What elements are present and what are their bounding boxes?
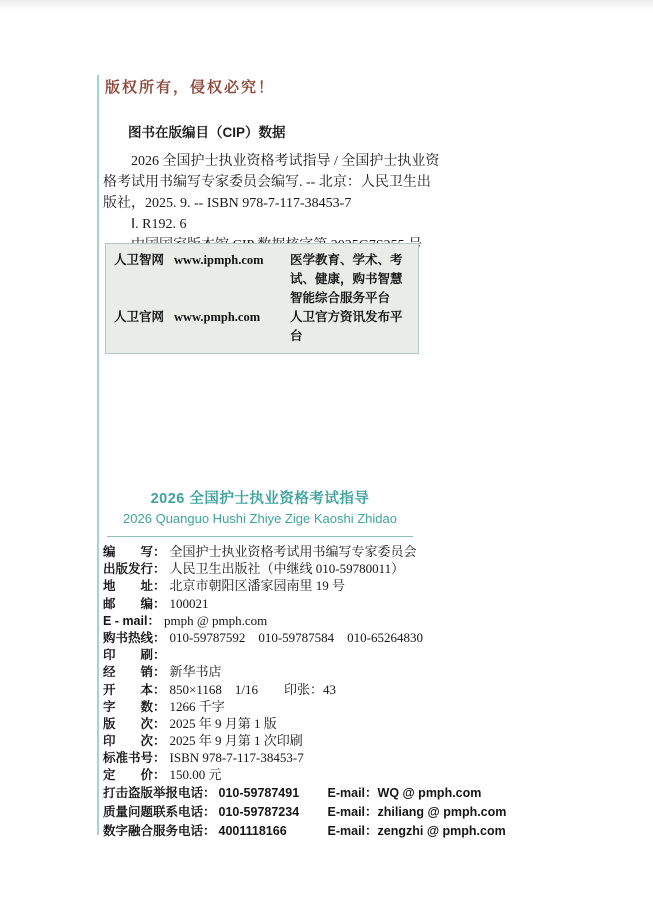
hotline-row-quality: 质量问题联系电话：010-59787234E-mail：zhiliang @ p… (103, 803, 563, 822)
detail-row-yinshua: 印 刷： (103, 646, 563, 663)
platform-row-pmph: 人卫官网 www.pmph.com 人卫官方资讯发布平台 (114, 308, 412, 346)
detail-row-goushuhotline: 购书热线：010-59787592 010-59787584 010-65264… (103, 629, 563, 646)
hotline-email: E-mail：zhiliang @ pmph.com (328, 805, 507, 819)
platform-info-box: 人卫智网 www.ipmph.com 医学教育、学术、考试、健康，购书智慧智能综… (105, 243, 419, 354)
hotline-row-piracy: 打击盗版举报电话：010-59787491E-mail：WQ @ pmph.co… (103, 784, 563, 803)
detail-row-bianxie: 编 写：全国护士执业资格考试用书编写专家委员会 (103, 543, 563, 560)
detail-value: 2025 年 9 月第 1 版 (170, 716, 277, 731)
detail-label: 出版发行： (103, 562, 166, 576)
detail-value: 150.00 元 (170, 767, 222, 782)
copyright-notice: 版权所有，侵权必究！ (105, 76, 275, 97)
cip-line: 格考试用书编写专家委员会编写. -- 北京：人民卫生出 (103, 172, 475, 193)
detail-label: 印 刷： (103, 648, 166, 662)
scan-edge-shadow (0, 0, 653, 10)
detail-row-youbian: 邮 编：100021 (103, 595, 563, 612)
detail-label: 标准书号： (103, 751, 166, 765)
detail-row-zishu: 字 数：1266 千字 (103, 698, 563, 715)
publication-details: 编 写：全国护士执业资格考试用书编写专家委员会 出版发行：人民卫生出版社（中继线… (103, 543, 563, 841)
hotline-row-digital: 数字融合服务电话：4001118166E-mail：zengzhi @ pmph… (103, 822, 563, 841)
detail-value: 北京市朝阳区潘家园南里 19 号 (170, 578, 346, 593)
hotline-phone: 4001118166 (219, 822, 316, 841)
detail-value: pmph @ pmph.com (164, 613, 267, 628)
detail-row-chubanfaxing: 出版发行：人民卫生出版社（中继线 010-59780011） (103, 560, 563, 577)
detail-value: 850×1168 1/16 印张：43 (170, 682, 336, 697)
hotline-phone: 010-59787234 (219, 803, 316, 822)
detail-value: 新华书店 (170, 664, 222, 679)
detail-label: 版 次： (103, 717, 166, 731)
platform-desc: 医学教育、学术、考试、健康，购书智慧智能综合服务平台 (290, 251, 412, 308)
detail-value: 1266 千字 (170, 699, 225, 714)
detail-value: 全国护士执业资格考试用书编写专家委员会 (170, 544, 417, 559)
detail-row-isbn: 标准书号：ISBN 978-7-117-38453-7 (103, 749, 563, 766)
detail-label: 定 价： (103, 768, 166, 782)
copyright-page: { "colors": { "accent_teal": "#3fa29d", … (0, 0, 653, 900)
detail-row-yinci: 印 次：2025 年 9 月第 1 次印刷 (103, 732, 563, 749)
detail-label: 印 次： (103, 734, 166, 748)
title-divider-rule (107, 536, 413, 537)
detail-row-dizhi: 地 址：北京市朝阳区潘家园南里 19 号 (103, 577, 563, 594)
book-title: 2026 全国护士执业资格考试指导 (107, 487, 413, 508)
hotline-email: E-mail：zengzhi @ pmph.com (328, 824, 506, 838)
cip-line: 版社，2025. 9. -- ISBN 978-7-117-38453-7 (103, 193, 475, 214)
hotline-label: 质量问题联系电话： (103, 805, 216, 819)
book-title-pinyin: 2026 Quanguo Hushi Zhiye Zige Kaoshi Zhi… (107, 511, 413, 526)
platform-desc: 人卫官方资讯发布平台 (290, 308, 412, 346)
detail-label: 购书热线： (103, 631, 166, 645)
cip-section: 图书在版编目（CIP）数据 2026 全国护士执业资格考试指导 / 全国护士执业… (103, 121, 475, 256)
detail-row-banci: 版 次：2025 年 9 月第 1 版 (103, 715, 563, 732)
detail-value: 100021 (170, 596, 209, 611)
detail-value: ISBN 978-7-117-38453-7 (170, 750, 304, 765)
detail-label: 编 写： (103, 545, 166, 559)
detail-row-email: E - mail：pmph @ pmph.com (103, 612, 563, 629)
hotline-label: 打击盗版举报电话： (103, 786, 216, 800)
hotline-label: 数字融合服务电话： (103, 824, 216, 838)
detail-label: E - mail： (103, 614, 160, 628)
detail-label: 字 数： (103, 700, 166, 714)
cip-line: 2026 全国护士执业资格考试指导 / 全国护士执业资 (103, 151, 475, 172)
detail-label: 地 址： (103, 579, 166, 593)
detail-row-dingjia: 定 价：150.00 元 (103, 766, 563, 783)
detail-row-jingxiao: 经 销：新华书店 (103, 663, 563, 680)
platform-row-ipmph: 人卫智网 www.ipmph.com 医学教育、学术、考试、健康，购书智慧智能综… (114, 251, 412, 308)
left-accent-rule (97, 75, 99, 835)
detail-row-kaiben: 开 本：850×1168 1/16 印张：43 (103, 681, 563, 698)
detail-label: 邮 编： (103, 597, 166, 611)
cip-heading: 图书在版编目（CIP）数据 (128, 121, 475, 141)
detail-label: 开 本： (103, 683, 166, 697)
cip-line: Ⅰ. R192. 6 (103, 214, 475, 235)
detail-value: 2025 年 9 月第 1 次印刷 (170, 733, 303, 748)
hotline-email: E-mail：WQ @ pmph.com (328, 786, 482, 800)
platform-name: 人卫智网 (114, 251, 174, 308)
platform-url: www.pmph.com (174, 308, 290, 346)
detail-label: 经 销： (103, 665, 166, 679)
platform-name: 人卫官网 (114, 308, 174, 346)
hotline-phone: 010-59787491 (219, 784, 316, 803)
detail-value: 010-59787592 010-59787584 010-65264830 (170, 630, 424, 645)
book-title-block: 2026 全国护士执业资格考试指导 2026 Quanguo Hushi Zhi… (107, 487, 413, 537)
platform-url: www.ipmph.com (174, 251, 290, 308)
detail-value: 人民卫生出版社（中继线 010-59780011） (170, 561, 405, 576)
